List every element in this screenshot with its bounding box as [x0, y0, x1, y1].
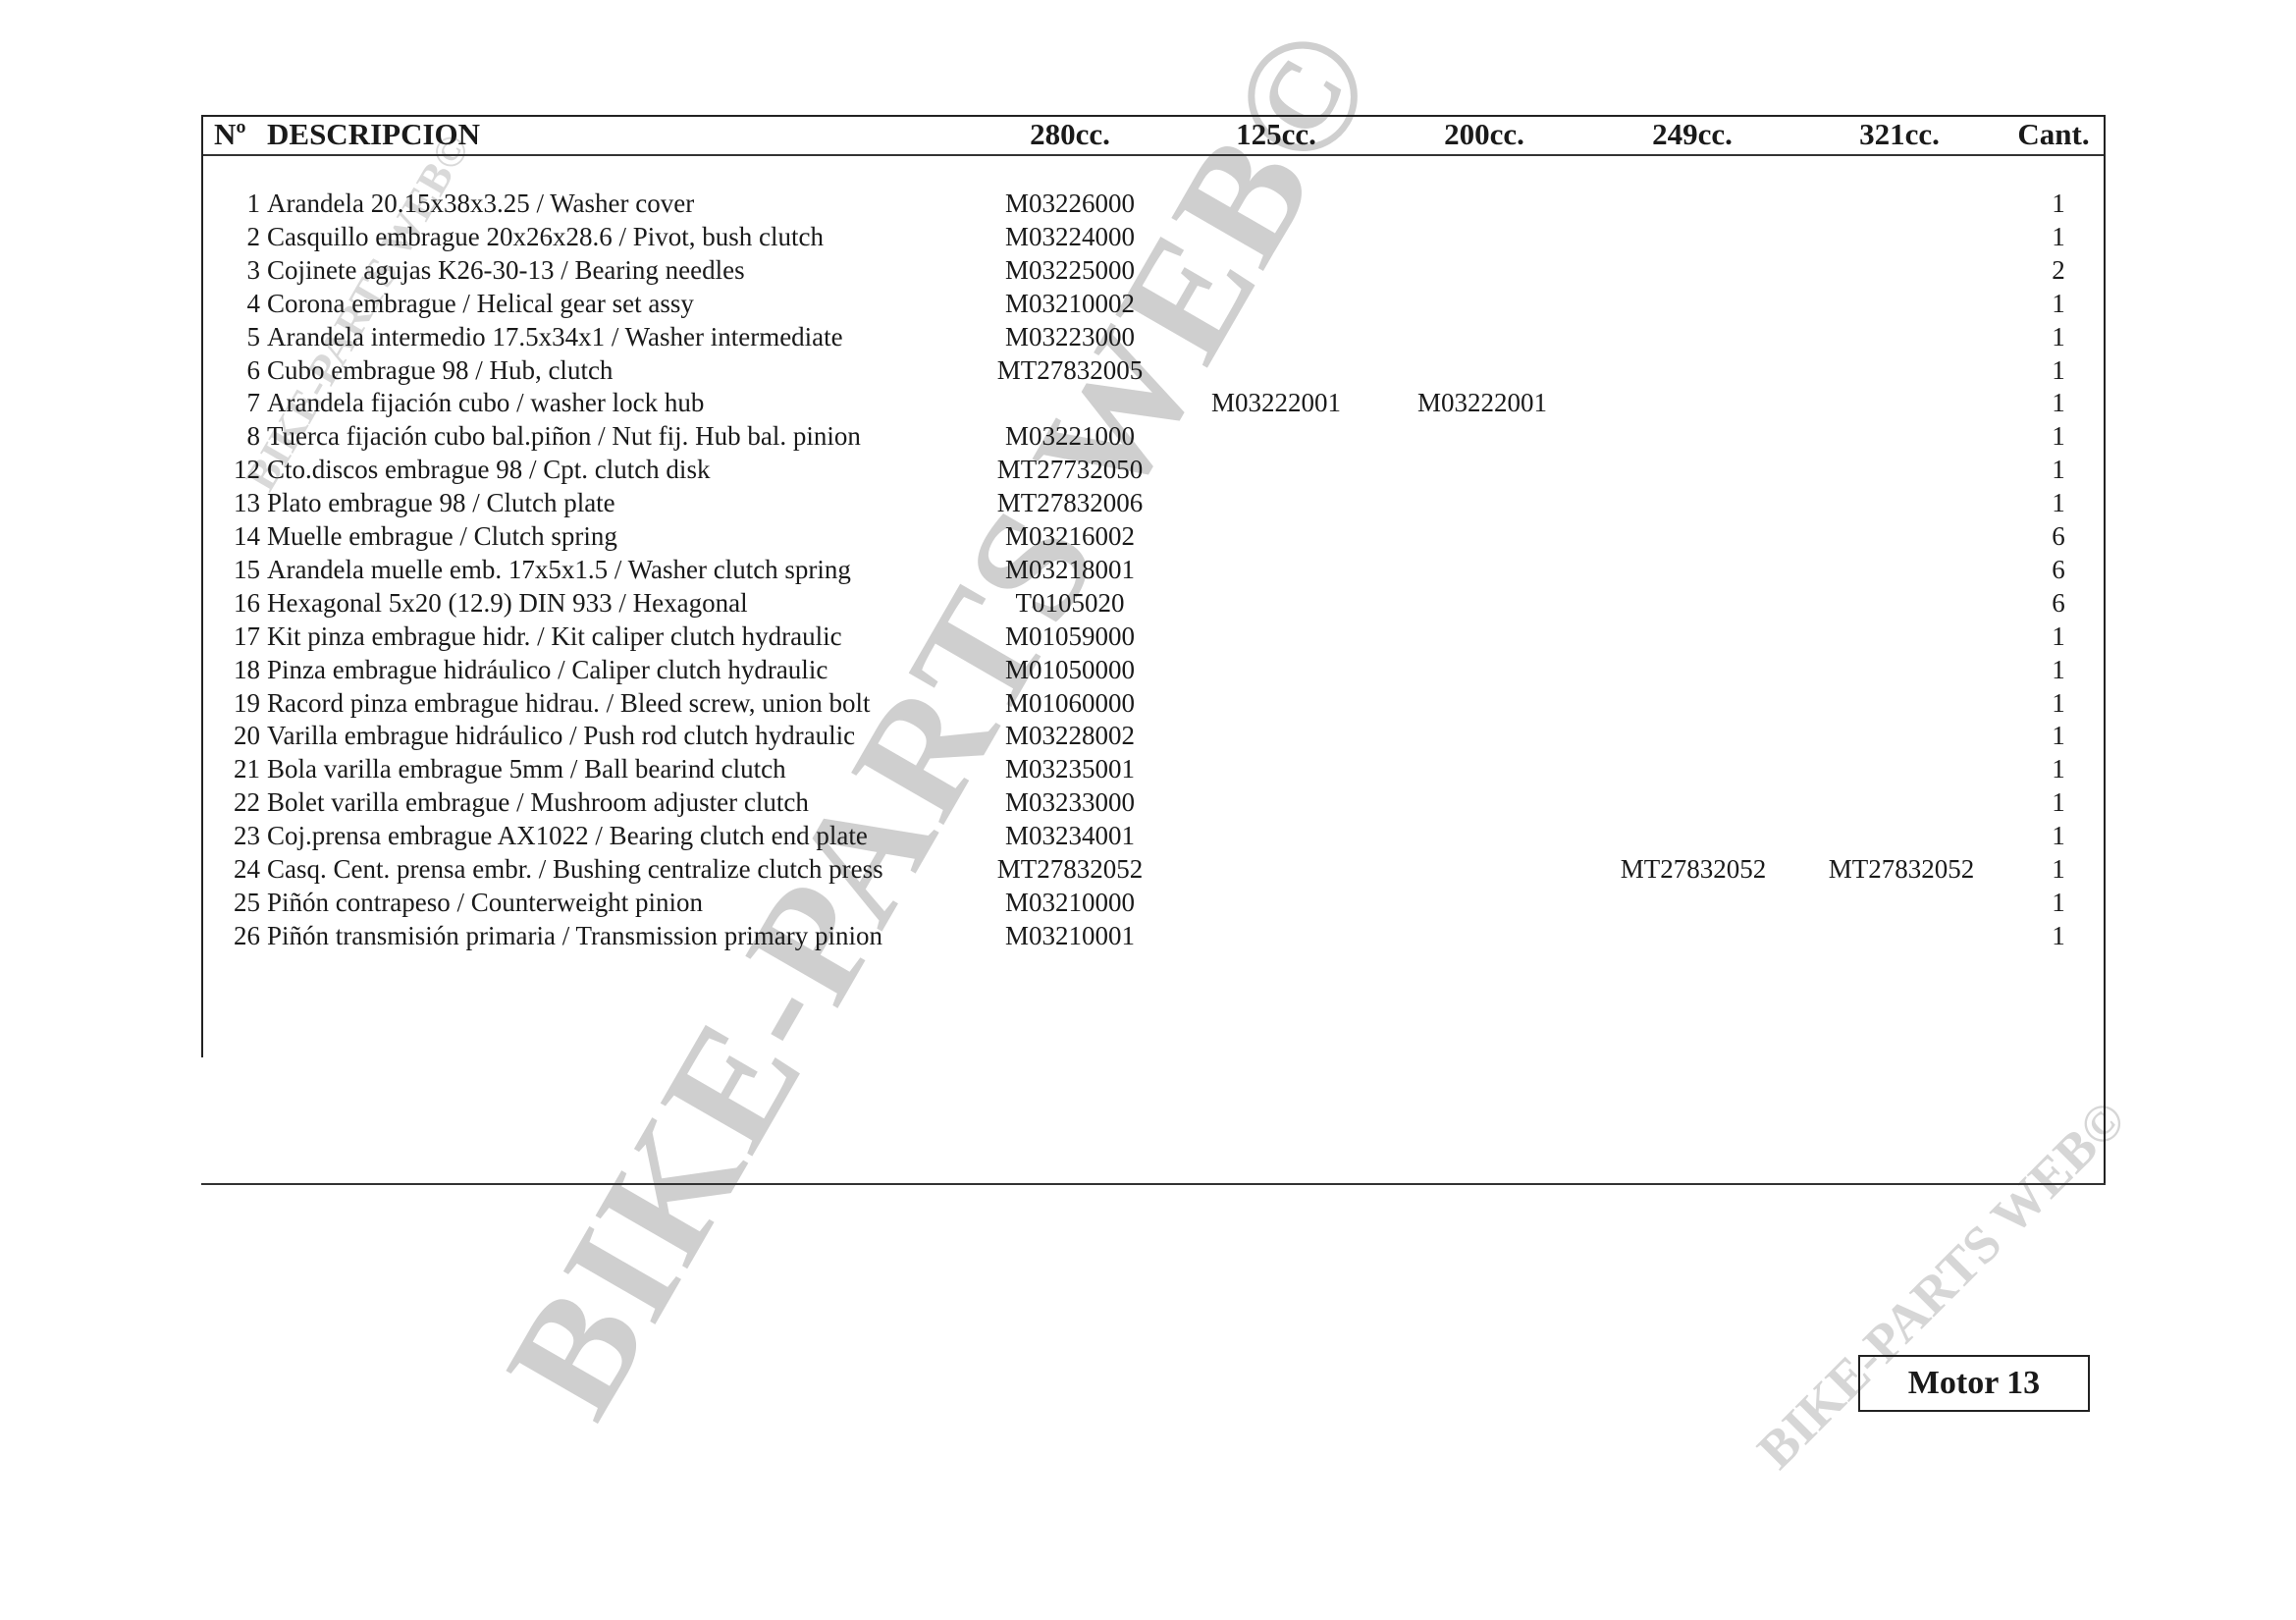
table-row: 7 Arandela fijación cubo / washer lock h…: [201, 386, 2104, 419]
part-number-index: 12: [201, 453, 260, 486]
code-280cc: M03226000: [1005, 187, 1135, 220]
part-number-index: 4: [201, 287, 260, 320]
part-description: Tuerca fijación cubo bal.piñon / Nut fij…: [267, 419, 861, 453]
part-quantity: 1: [2049, 486, 2068, 519]
part-quantity: 1: [2049, 320, 2068, 353]
code-280cc: M01060000: [1005, 686, 1135, 720]
code-280cc: MT27732050: [997, 453, 1144, 486]
part-number-index: 2: [201, 220, 260, 253]
table-row: 4 Corona embrague / Helical gear set ass…: [201, 287, 2104, 320]
part-quantity: 1: [2049, 819, 2068, 852]
table-row: 13 Plato embrague 98 / Clutch plate MT27…: [201, 486, 2104, 519]
part-quantity: 1: [2049, 353, 2068, 387]
code-280cc: M03235001: [1005, 752, 1135, 785]
part-description: Hexagonal 5x20 (12.9) DIN 933 / Hexagona…: [267, 586, 748, 620]
part-number-index: 25: [201, 886, 260, 919]
part-quantity: 6: [2049, 519, 2068, 553]
table-border-bottom: [201, 1183, 2106, 1185]
code-280cc: M03210001: [1005, 919, 1135, 952]
table-row: 5 Arandela intermedio 17.5x34x1 / Washer…: [201, 320, 2104, 353]
part-description: Piñón transmisión primaria / Transmissio…: [267, 919, 882, 952]
part-description: Cojinete agujas K26-30-13 / Bearing need…: [267, 253, 745, 287]
code-280cc: M03223000: [1005, 320, 1135, 353]
code-280cc: MT27832052: [997, 852, 1144, 886]
header-321cc: 321cc.: [1859, 116, 1940, 153]
part-number-index: 22: [201, 785, 260, 819]
part-description: Pinza embrague hidráulico / Caliper clut…: [267, 653, 828, 686]
part-description: Arandela 20.15x38x3.25 / Washer cover: [267, 187, 694, 220]
code-321cc: MT27832052: [1829, 852, 1975, 886]
header-125cc: 125cc.: [1236, 116, 1316, 153]
table-row: 16 Hexagonal 5x20 (12.9) DIN 933 / Hexag…: [201, 586, 2104, 620]
table-row: 14 Muelle embrague / Clutch spring M0321…: [201, 519, 2104, 553]
part-number-index: 19: [201, 686, 260, 720]
header-num: Nº: [214, 116, 246, 153]
part-description: Casquillo embrague 20x26x28.6 / Pivot, b…: [267, 220, 824, 253]
table-row: 26 Piñón transmisión primaria / Transmis…: [201, 919, 2104, 952]
header-200cc: 200cc.: [1444, 116, 1524, 153]
code-280cc: M03233000: [1005, 785, 1135, 819]
part-description: Bolet varilla embrague / Mushroom adjust…: [267, 785, 809, 819]
part-description: Arandela muelle emb. 17x5x1.5 / Washer c…: [267, 553, 851, 586]
part-quantity: 1: [2049, 752, 2068, 785]
part-number-index: 17: [201, 620, 260, 653]
part-description: Bola varilla embrague 5mm / Ball bearind…: [267, 752, 786, 785]
part-number-index: 15: [201, 553, 260, 586]
table-row: 22 Bolet varilla embrague / Mushroom adj…: [201, 785, 2104, 819]
code-280cc: MT27832005: [997, 353, 1144, 387]
code-280cc: M03210002: [1005, 287, 1135, 320]
code-280cc: T0105020: [1016, 586, 1125, 620]
part-quantity: 1: [2049, 919, 2068, 952]
part-description: Kit pinza embrague hidr. / Kit caliper c…: [267, 620, 842, 653]
part-number-index: 8: [201, 419, 260, 453]
part-number-index: 14: [201, 519, 260, 553]
table-row: 19 Racord pinza embrague hidrau. / Bleed…: [201, 686, 2104, 720]
part-description: Piñón contrapeso / Counterweight pinion: [267, 886, 703, 919]
part-number-index: 21: [201, 752, 260, 785]
part-quantity: 6: [2049, 553, 2068, 586]
code-125cc: M03222001: [1211, 386, 1341, 419]
table-row: 8 Tuerca fijación cubo bal.piñon / Nut f…: [201, 419, 2104, 453]
part-number-index: 7: [201, 386, 260, 419]
part-quantity: 1: [2049, 785, 2068, 819]
part-description: Plato embrague 98 / Clutch plate: [267, 486, 615, 519]
part-number-index: 18: [201, 653, 260, 686]
table-row: 21 Bola varilla embrague 5mm / Ball bear…: [201, 752, 2104, 785]
table-row: 24 Casq. Cent. prensa embr. / Bushing ce…: [201, 852, 2104, 886]
code-280cc: M03234001: [1005, 819, 1135, 852]
parts-list-page: BIKE-PARTS WEB© BIKE-PARTS WEB© BIKE-PAR…: [0, 0, 2296, 1620]
code-280cc: M01059000: [1005, 620, 1135, 653]
part-description: Corona embrague / Helical gear set assy: [267, 287, 694, 320]
table-header-divider: [201, 154, 2106, 156]
code-280cc: M03216002: [1005, 519, 1135, 553]
code-280cc: M01050000: [1005, 653, 1135, 686]
table-row: 6 Cubo embrague 98 / Hub, clutch MT27832…: [201, 353, 2104, 387]
table-row: 2 Casquillo embrague 20x26x28.6 / Pivot,…: [201, 220, 2104, 253]
header-qty: Cant.: [2017, 116, 2089, 153]
code-280cc: M03218001: [1005, 553, 1135, 586]
part-number-index: 3: [201, 253, 260, 287]
table-row: 20 Varilla embrague hidráulico / Push ro…: [201, 719, 2104, 752]
code-280cc: M03210000: [1005, 886, 1135, 919]
part-description: Cubo embrague 98 / Hub, clutch: [267, 353, 613, 387]
table-row: 12 Cto.discos embrague 98 / Cpt. clutch …: [201, 453, 2104, 486]
part-quantity: 1: [2049, 453, 2068, 486]
code-280cc: M03221000: [1005, 419, 1135, 453]
watermark-small: BIKE-PARTS WEB©: [1745, 1088, 2138, 1481]
part-quantity: 1: [2049, 220, 2068, 253]
part-quantity: 1: [2049, 187, 2068, 220]
part-description: Casq. Cent. prensa embr. / Bushing centr…: [267, 852, 883, 886]
header-280cc: 280cc.: [1030, 116, 1110, 153]
part-number-index: 24: [201, 852, 260, 886]
table-row: 17 Kit pinza embrague hidr. / Kit calipe…: [201, 620, 2104, 653]
table-row: 3 Cojinete agujas K26-30-13 / Bearing ne…: [201, 253, 2104, 287]
part-number-index: 23: [201, 819, 260, 852]
part-description: Arandela fijación cubo / washer lock hub: [267, 386, 704, 419]
part-description: Cto.discos embrague 98 / Cpt. clutch dis…: [267, 453, 710, 486]
part-quantity: 1: [2049, 852, 2068, 886]
part-number-index: 26: [201, 919, 260, 952]
part-description: Racord pinza embrague hidrau. / Bleed sc…: [267, 686, 871, 720]
code-280cc: MT27832006: [997, 486, 1144, 519]
code-249cc: MT27832052: [1621, 852, 1767, 886]
part-quantity: 1: [2049, 719, 2068, 752]
table-border-top: [201, 115, 2106, 117]
part-quantity: 1: [2049, 386, 2068, 419]
code-280cc: M03224000: [1005, 220, 1135, 253]
part-description: Muelle embrague / Clutch spring: [267, 519, 617, 553]
table-row: 18 Pinza embrague hidráulico / Caliper c…: [201, 653, 2104, 686]
table-row: 15 Arandela muelle emb. 17x5x1.5 / Washe…: [201, 553, 2104, 586]
part-number-index: 13: [201, 486, 260, 519]
part-quantity: 6: [2049, 586, 2068, 620]
part-quantity: 1: [2049, 686, 2068, 720]
part-description: Coj.prensa embrague AX1022 / Bearing clu…: [267, 819, 868, 852]
part-description: Varilla embrague hidráulico / Push rod c…: [267, 719, 855, 752]
part-number-index: 5: [201, 320, 260, 353]
part-description: Arandela intermedio 17.5x34x1 / Washer i…: [267, 320, 843, 353]
code-280cc: M03228002: [1005, 719, 1135, 752]
header-249cc: 249cc.: [1652, 116, 1733, 153]
code-280cc: M03225000: [1005, 253, 1135, 287]
part-quantity: 1: [2049, 419, 2068, 453]
part-quantity: 1: [2049, 620, 2068, 653]
section-label: Motor 13: [1858, 1355, 2090, 1412]
code-200cc: M03222001: [1417, 386, 1547, 419]
part-quantity: 2: [2049, 253, 2068, 287]
part-number-index: 6: [201, 353, 260, 387]
table-border-right: [2104, 115, 2106, 1185]
header-description: DESCRIPCION: [267, 116, 480, 153]
part-number-index: 1: [201, 187, 260, 220]
table-row: 23 Coj.prensa embrague AX1022 / Bearing …: [201, 819, 2104, 852]
part-quantity: 1: [2049, 653, 2068, 686]
part-quantity: 1: [2049, 287, 2068, 320]
part-number-index: 20: [201, 719, 260, 752]
part-quantity: 1: [2049, 886, 2068, 919]
part-number-index: 16: [201, 586, 260, 620]
table-row: 25 Piñón contrapeso / Counterweight pini…: [201, 886, 2104, 919]
table-row: 1 Arandela 20.15x38x3.25 / Washer cover …: [201, 187, 2104, 220]
